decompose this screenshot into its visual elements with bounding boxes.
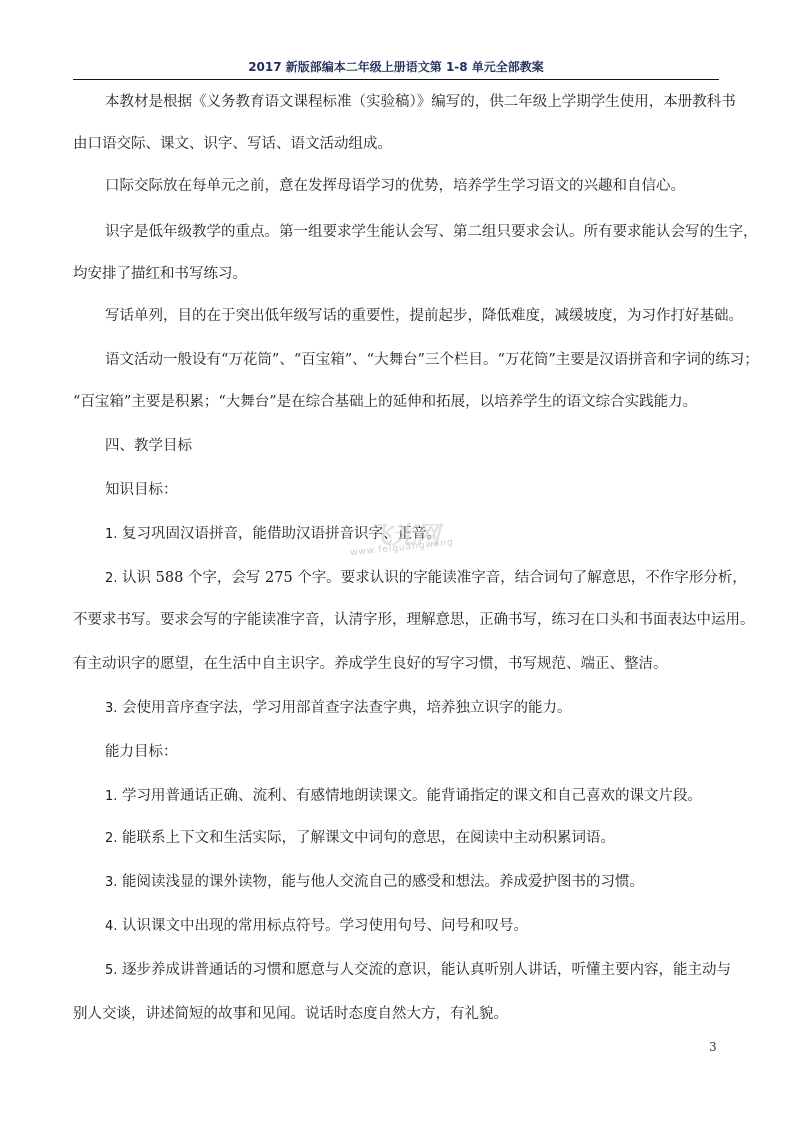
list-text: 认识课文中出现的常用标点符号。学习使用句号、问号和叹号。 — [122, 918, 528, 934]
ability-goals-heading: 能力目标： — [105, 742, 178, 762]
paragraph-line: “百宝箱”主要是积累；“大舞台”是在综合基础上的延伸和拓展，以培养学生的语文综合… — [73, 392, 697, 412]
page-number: 3 — [709, 1040, 717, 1054]
list-number: 4. — [105, 919, 117, 934]
paragraph-line: 有主动识字的愿望，在生活中自主识字。养成学生良好的写字习惯，书写规范、端正、整洁… — [73, 654, 668, 674]
knowledge-goals-heading: 知识目标： — [105, 480, 178, 500]
knowledge-goal-item: 3. 会使用音序查字法，学习用部首查字法查字典，培养独立识字的能力。 — [105, 698, 572, 719]
knowledge-goal-item: 1. 复习巩固汉语拼音，能借助汉语拼音识字、正音。 — [105, 524, 441, 545]
paragraph-line: 由口语交际、课文、识字、写话、语文活动组成。 — [73, 134, 392, 154]
ability-goal-item: 4. 认识课文中出现的常用标点符号。学习使用句号、问号和叹号。 — [105, 916, 528, 937]
list-text: 复习巩固汉语拼音，能借助汉语拼音识字、正音。 — [122, 526, 441, 542]
ability-goal-item: 5. 逐步养成讲普通话的习惯和愿意与人交流的意识，能认真听别人讲话，听懂主要内容… — [105, 960, 731, 981]
ability-goal-item: 2. 能联系上下文和生活实际，了解课文中词句的意思，在阅读中主动积累词语。 — [105, 828, 615, 849]
ability-goal-item: 3. 能阅读浅显的课外读物，能与他人交流自己的感受和想法。养成爱护图书的习惯。 — [105, 872, 644, 893]
list-text: 学习用普通话正确、流利、有感情地朗读课文。能背诵指定的课文和自己喜欢的课文片段。 — [122, 788, 702, 804]
paragraph-line: 均安排了描红和书写练习。 — [73, 264, 247, 284]
list-text: 会使用音序查字法，学习用部首查字法查字典，培养独立识字的能力。 — [122, 700, 572, 716]
list-text: 能联系上下文和生活实际，了解课文中词句的意思，在阅读中主动积累词语。 — [122, 830, 615, 846]
knowledge-goal-item: 2. 认识 588 个字，会写 275 个字。要求认识的字能读准字音，结合词句了… — [105, 568, 747, 589]
paragraph-line: 语文活动一般设有“万花筒”、“百宝箱”、“大舞台”三个栏目。“万花筒”主要是汉语… — [105, 350, 759, 370]
paragraph-line: 别人交谈，讲述简短的故事和见闻。说话时态度自然大方，有礼貌。 — [73, 1004, 508, 1024]
header-divider — [73, 79, 719, 80]
list-number: 1. — [105, 789, 117, 804]
paragraph-line: 识字是低年级教学的重点。第一组要求学生能认会写、第二组只要求会认。所有要求能认会… — [105, 222, 758, 242]
paragraph-line: 口际交际放在每单元之前，意在发挥母语学习的优势，培养学生学习语文的兴趣和自信心。 — [105, 176, 685, 196]
list-text: 逐步养成讲普通话的习惯和愿意与人交流的意识，能认真听别人讲话，听懂主要内容，能主… — [122, 962, 731, 978]
list-number: 5. — [105, 963, 117, 978]
list-number: 2. — [105, 831, 117, 846]
page-header-title: 2017 新版部编本二年级上册语文第 1-8 单元全部教案 — [73, 58, 719, 75]
paragraph-line: 不要求书写。要求会写的字能读准字音，认清字形，理解意思，正确书写，练习在口头和书… — [73, 610, 755, 630]
list-number: 3. — [105, 875, 117, 890]
section-heading: 四、教学目标 — [105, 436, 192, 456]
list-text: 能阅读浅显的课外读物，能与他人交流自己的感受和想法。养成爱护图书的习惯。 — [122, 874, 644, 890]
list-text: 认识 588 个字，会写 275 个字。要求认识的字能读准字音，结合词句了解意思… — [122, 570, 747, 586]
paragraph-line: 写话单列，目的在于突出低年级写话的重要性，提前起步，降低难度，减缓坡度，为习作打… — [105, 306, 743, 326]
list-number: 2. — [105, 571, 117, 586]
list-number: 1. — [105, 527, 117, 542]
paragraph-line: 本教材是根据《义务教育语文课程标准（实验稿）》编写的，供二年级上学期学生使用，本… — [105, 92, 736, 112]
ability-goal-item: 1. 学习用普通话正确、流利、有感情地朗读课文。能背诵指定的课文和自己喜欢的课文… — [105, 786, 702, 807]
list-number: 3. — [105, 701, 117, 716]
